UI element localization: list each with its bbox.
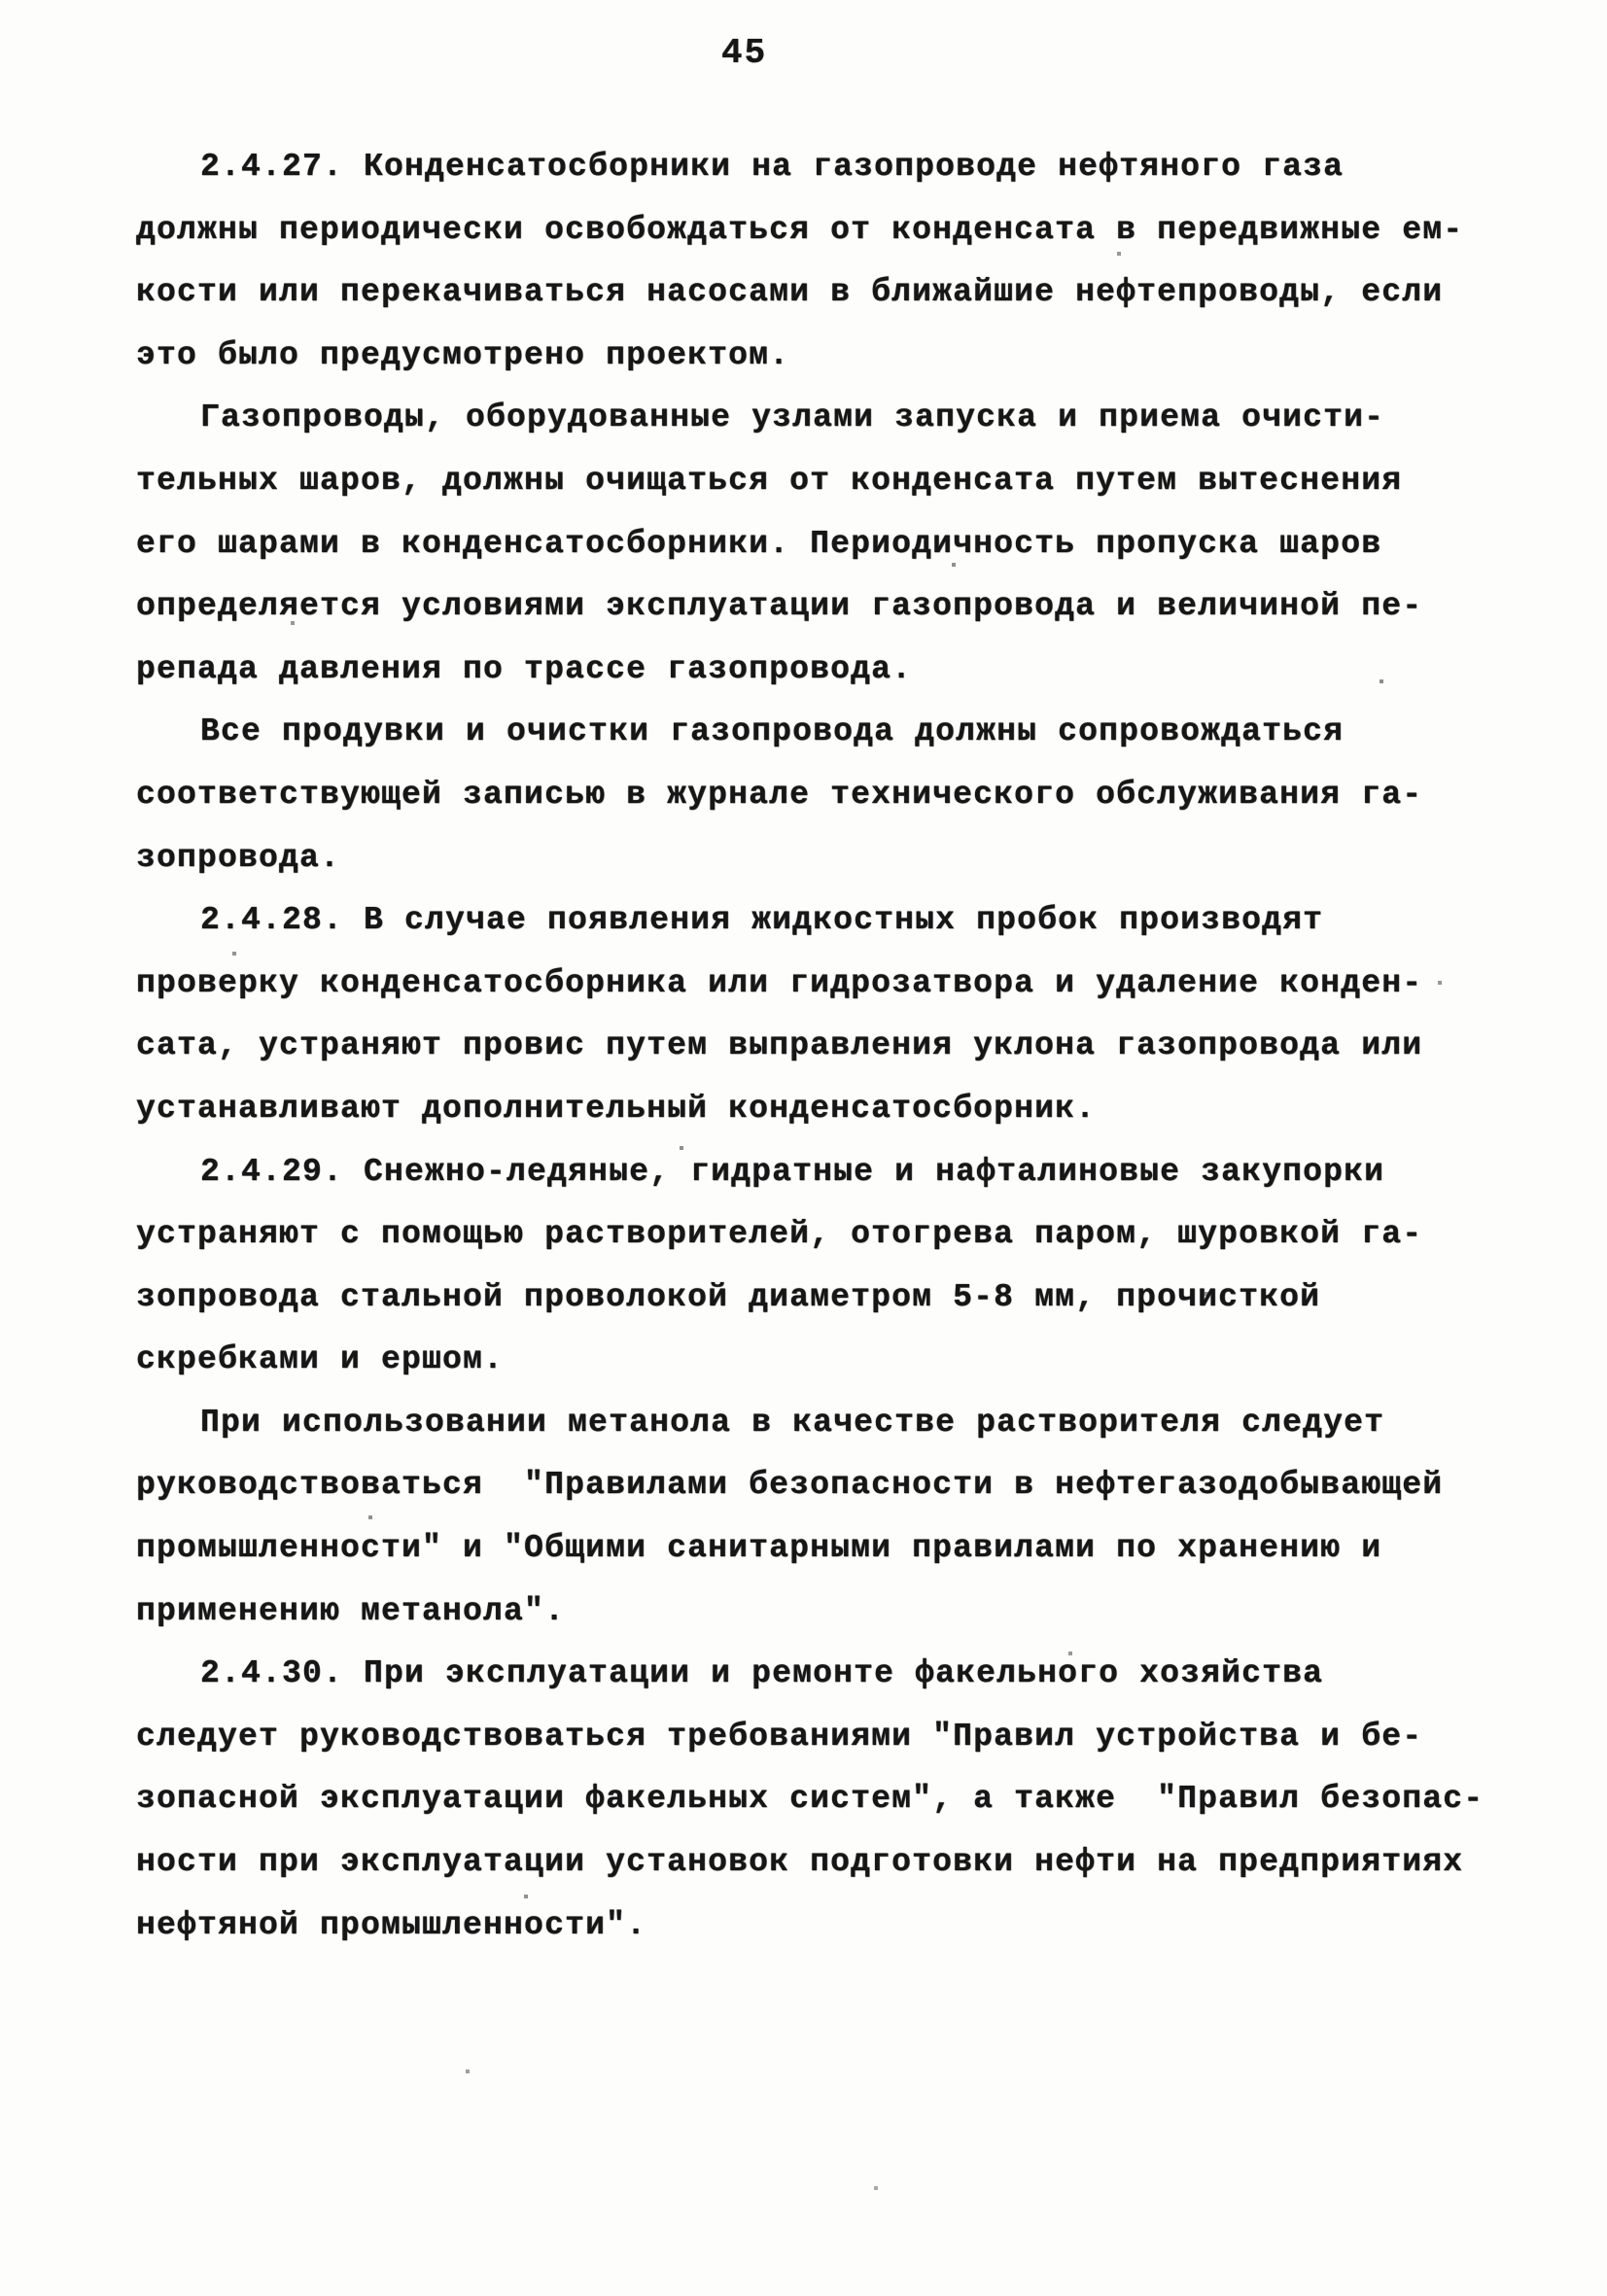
text-line: определяется условиями эксплуатации газо… bbox=[136, 575, 1536, 639]
text-line: 2.4.28. В случае появления жидкостных пр… bbox=[136, 889, 1536, 953]
text-line: применению метанола". bbox=[136, 1581, 1536, 1644]
page-number: 45 bbox=[721, 33, 767, 73]
text-line: Все продувки и очистки газопровода должн… bbox=[136, 701, 1536, 764]
text-line: Газопроводы, оборудованные узлами запуск… bbox=[136, 387, 1536, 450]
text-line: 2.4.30. При эксплуатации и ремонте факел… bbox=[136, 1643, 1536, 1706]
text-line: это было предусмотрено проектом. bbox=[136, 325, 1536, 388]
text-line: При использовании метанола в качестве ра… bbox=[136, 1392, 1536, 1455]
text-line: нефтяной промышленности". bbox=[136, 1895, 1536, 1958]
text-line: устраняют с помощью растворителей, отогр… bbox=[136, 1203, 1536, 1267]
text-line: промышленности" и "Общими санитарными пр… bbox=[136, 1517, 1536, 1581]
text-block: 2.4.27. Конденсатосборники на газопровод… bbox=[136, 136, 1536, 1957]
text-line: руководствоваться "Правилами безопасност… bbox=[136, 1454, 1536, 1517]
text-line: зопровода. bbox=[136, 827, 1536, 890]
text-line: сата, устраняют провис путем выправления… bbox=[136, 1015, 1536, 1078]
text-line: следует руководствоваться требованиями "… bbox=[136, 1706, 1536, 1769]
text-line: зопасной эксплуатации факельных систем",… bbox=[136, 1768, 1536, 1831]
text-line: соответствующей записью в журнале технич… bbox=[136, 764, 1536, 827]
text-line: репада давления по трассе газопровода. bbox=[136, 639, 1536, 702]
text-line: его шарами в конденсатосборники. Периоди… bbox=[136, 513, 1536, 576]
text-line: устанавливают дополнительный конденсатос… bbox=[136, 1078, 1536, 1141]
text-line: зопровода стальной проволокой диаметром … bbox=[136, 1267, 1536, 1330]
text-line: ности при эксплуатации установок подгото… bbox=[136, 1831, 1536, 1895]
text-line: тельных шаров, должны очищаться от конде… bbox=[136, 450, 1536, 513]
text-line: 2.4.29. Снежно-ледяные, гидратные и нафт… bbox=[136, 1141, 1536, 1204]
text-line: проверку конденсатосборника или гидрозат… bbox=[136, 953, 1536, 1016]
text-line: скребками и ершом. bbox=[136, 1329, 1536, 1392]
text-line: должны периодически освобождаться от кон… bbox=[136, 199, 1536, 262]
document-page: 45 2.4.27. Конденсатосборники на газопро… bbox=[0, 0, 1607, 2296]
scan-noise bbox=[0, 0, 2, 2]
text-line: 2.4.27. Конденсатосборники на газопровод… bbox=[136, 136, 1536, 199]
text-line: кости или перекачиваться насосами в ближ… bbox=[136, 261, 1536, 325]
